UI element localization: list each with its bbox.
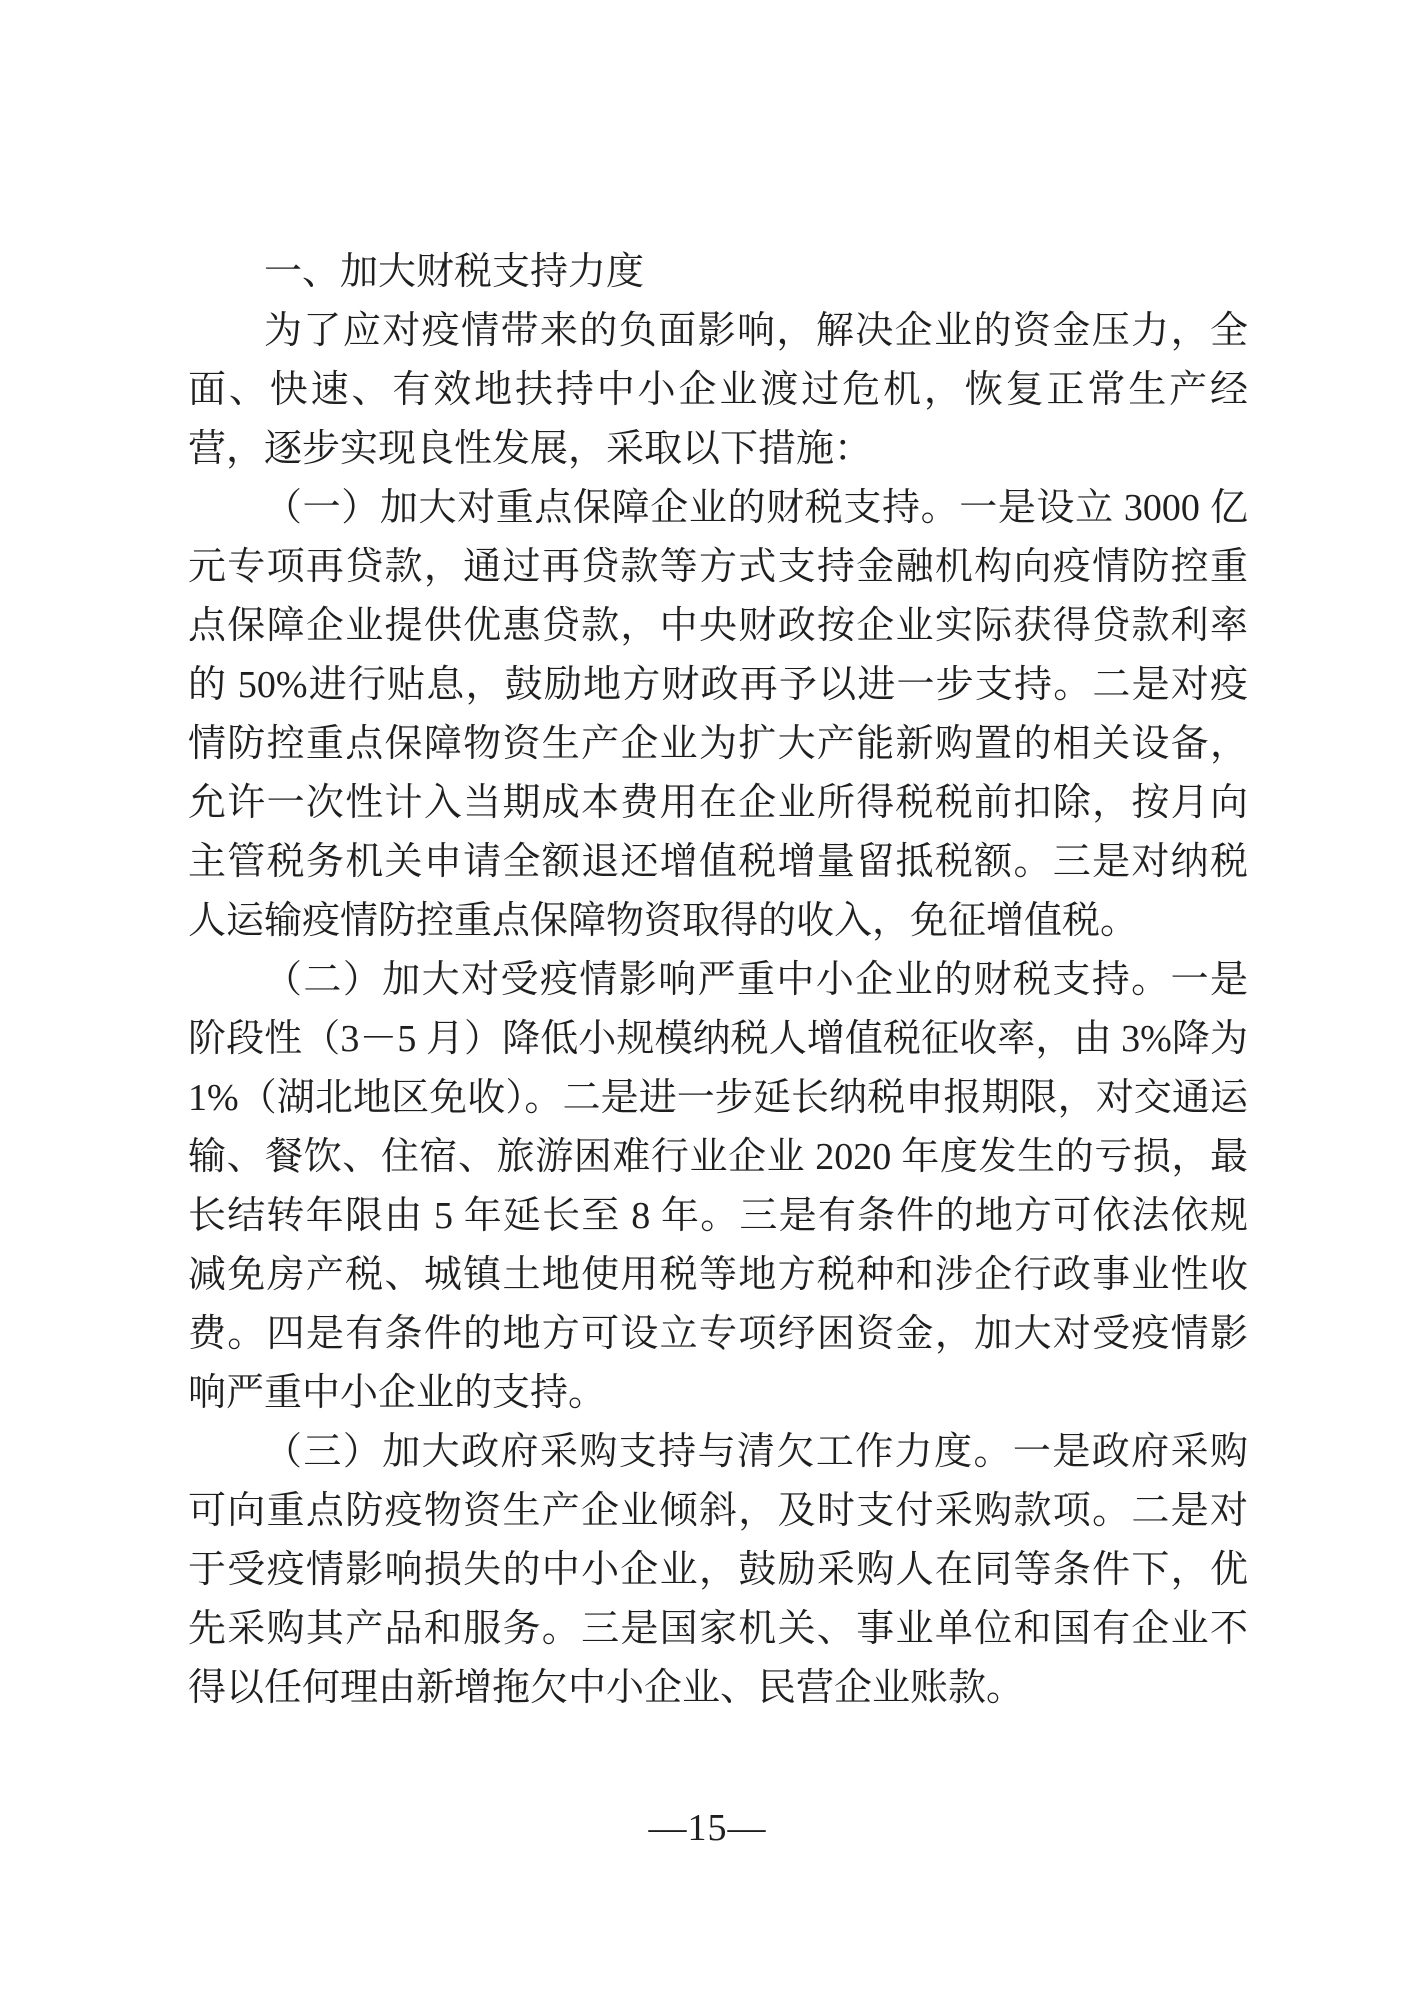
section-heading: 一、加大财税支持力度: [188, 243, 1248, 302]
document-page: 一、加大财税支持力度 为了应对疫情带来的负面影响，解决企业的资金压力，全面、快速…: [0, 0, 1415, 2000]
item-2-paragraph: （二）加大对受疫情影响严重中小企业的财税支持。一是阶段性（3－5 月）降低小规模…: [188, 951, 1248, 1423]
intro-paragraph: 为了应对疫情带来的负面影响，解决企业的资金压力，全面、快速、有效地扶持中小企业渡…: [188, 302, 1248, 479]
item-3-paragraph: （三）加大政府采购支持与清欠工作力度。一是政府采购可向重点防疫物资生产企业倾斜，…: [188, 1423, 1248, 1718]
item-1-paragraph: （一）加大对重点保障企业的财税支持。一是设立 3000 亿元专项再贷款，通过再贷…: [188, 479, 1248, 951]
document-body: 一、加大财税支持力度 为了应对疫情带来的负面影响，解决企业的资金压力，全面、快速…: [188, 243, 1248, 1718]
page-number: —15—: [0, 1806, 1415, 1850]
